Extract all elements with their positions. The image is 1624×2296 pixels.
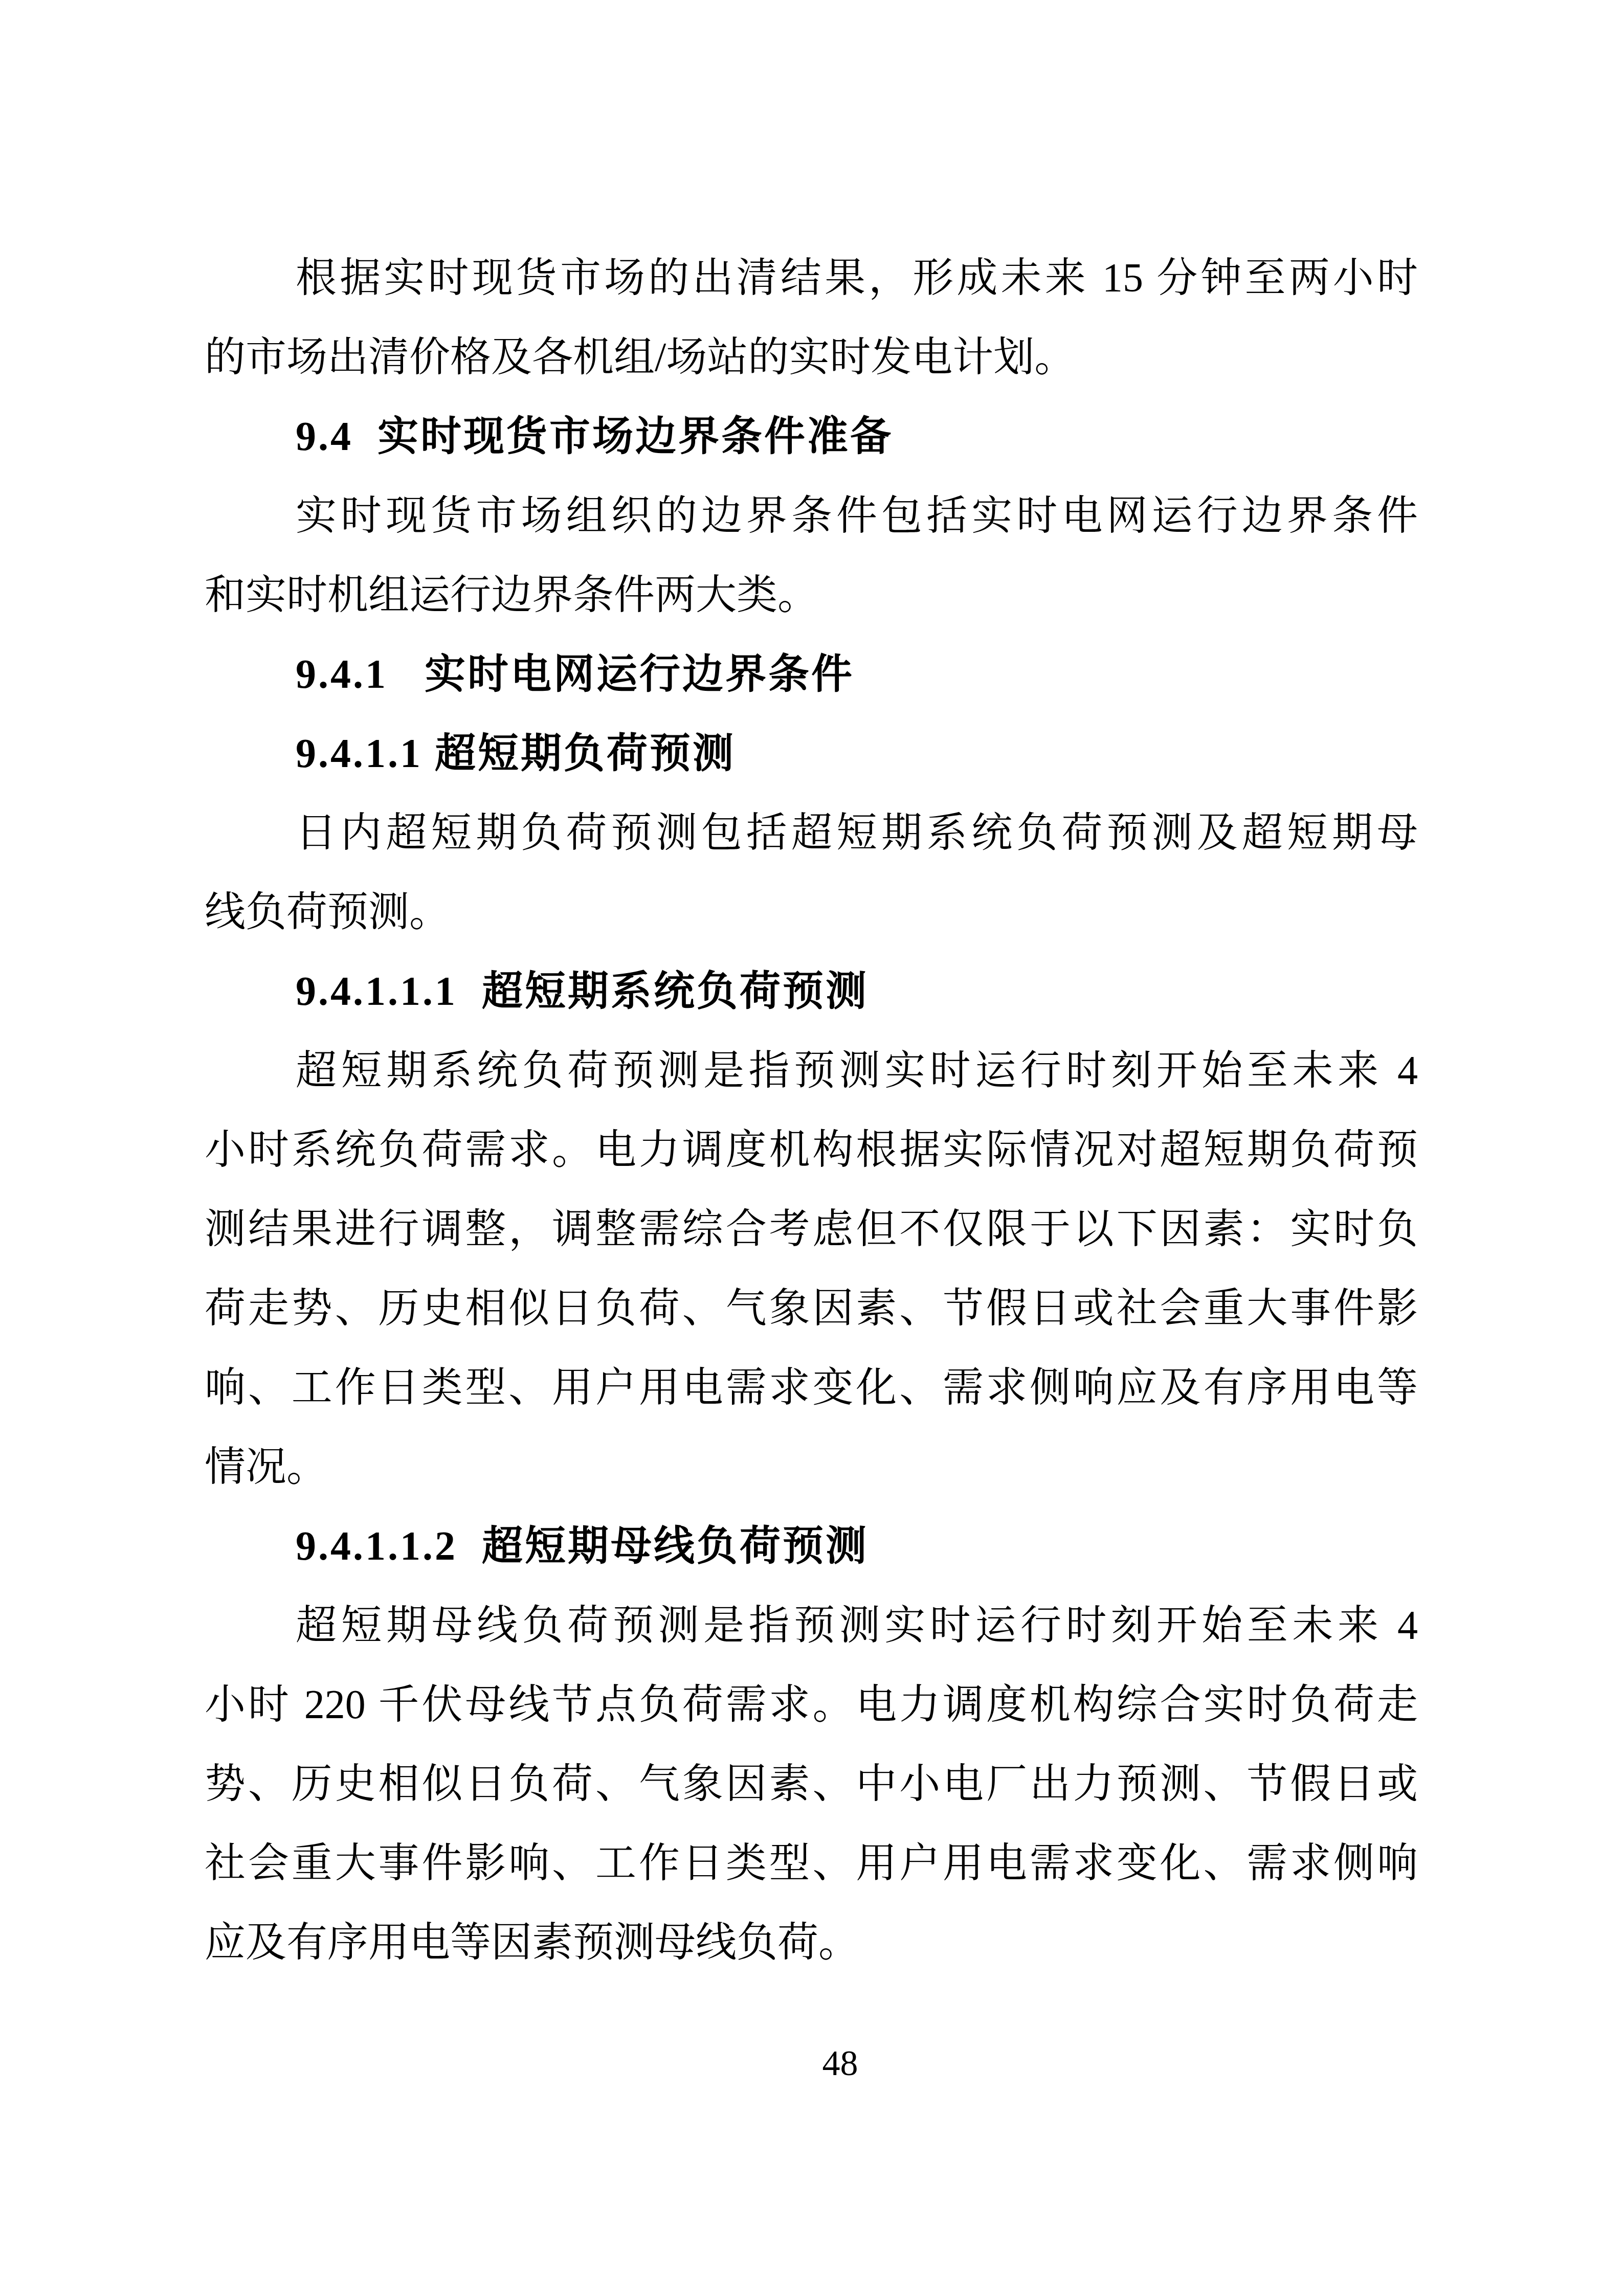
page-footer: 48 xyxy=(0,2024,1624,2103)
body-line: 线负荷预测。 xyxy=(205,873,1418,952)
page-number: 48 xyxy=(822,2044,858,2083)
body-line: 测结果进行调整，调整需综合考虑但不仅限于以下因素：实时负 xyxy=(205,1190,1418,1269)
heading-9-4-1: 9.4.1 实时电网运行边界条件 xyxy=(205,635,1418,714)
body-line: 小时 220 千伏母线节点负荷需求。电力调度机构综合实时负荷走 xyxy=(205,1665,1418,1745)
body-line: 的市场出清价格及各机组/场站的实时发电计划。 xyxy=(205,318,1418,397)
heading-9-4-1-1: 9.4.1.1 超短期负荷预测 xyxy=(205,714,1418,794)
body-line: 荷走势、历史相似日负荷、气象因素、节假日或社会重大事件影 xyxy=(205,1269,1418,1348)
body-line: 根据实时现货市场的出清结果，形成未来 15 分钟至两小时 xyxy=(205,239,1418,318)
body-line: 日内超短期负荷预测包括超短期系统负荷预测及超短期母 xyxy=(205,794,1418,873)
heading-9-4-1-1-1: 9.4.1.1.1 超短期系统负荷预测 xyxy=(205,952,1418,1031)
body-line: 响、工作日类型、用户用电需求变化、需求侧响应及有序用电等 xyxy=(205,1348,1418,1428)
heading-9-4-1-1-2: 9.4.1.1.2 超短期母线负荷预测 xyxy=(205,1507,1418,1586)
body-line: 小时系统负荷需求。电力调度机构根据实际情况对超短期负荷预 xyxy=(205,1111,1418,1190)
body-line: 情况。 xyxy=(205,1428,1418,1507)
document-page: 根据实时现货市场的出清结果，形成未来 15 分钟至两小时 的市场出清价格及各机组… xyxy=(0,0,1624,2296)
body-line: 超短期母线负荷预测是指预测实时运行时刻开始至未来 4 xyxy=(205,1586,1418,1665)
body-line: 势、历史相似日负荷、气象因素、中小电厂出力预测、节假日或 xyxy=(205,1745,1418,1824)
body-line: 社会重大事件影响、工作日类型、用户用电需求变化、需求侧响 xyxy=(205,1824,1418,1903)
body-line: 和实时机组运行边界条件两大类。 xyxy=(205,556,1418,635)
body-line: 超短期系统负荷预测是指预测实时运行时刻开始至未来 4 xyxy=(205,1031,1418,1111)
body-line: 应及有序用电等因素预测母线负荷。 xyxy=(205,1903,1418,1983)
text-block: 根据实时现货市场的出清结果，形成未来 15 分钟至两小时 的市场出清价格及各机组… xyxy=(205,239,1418,1983)
body-line: 实时现货市场组织的边界条件包括实时电网运行边界条件 xyxy=(205,477,1418,556)
heading-9-4: 9.4 实时现货市场边界条件准备 xyxy=(205,397,1418,477)
